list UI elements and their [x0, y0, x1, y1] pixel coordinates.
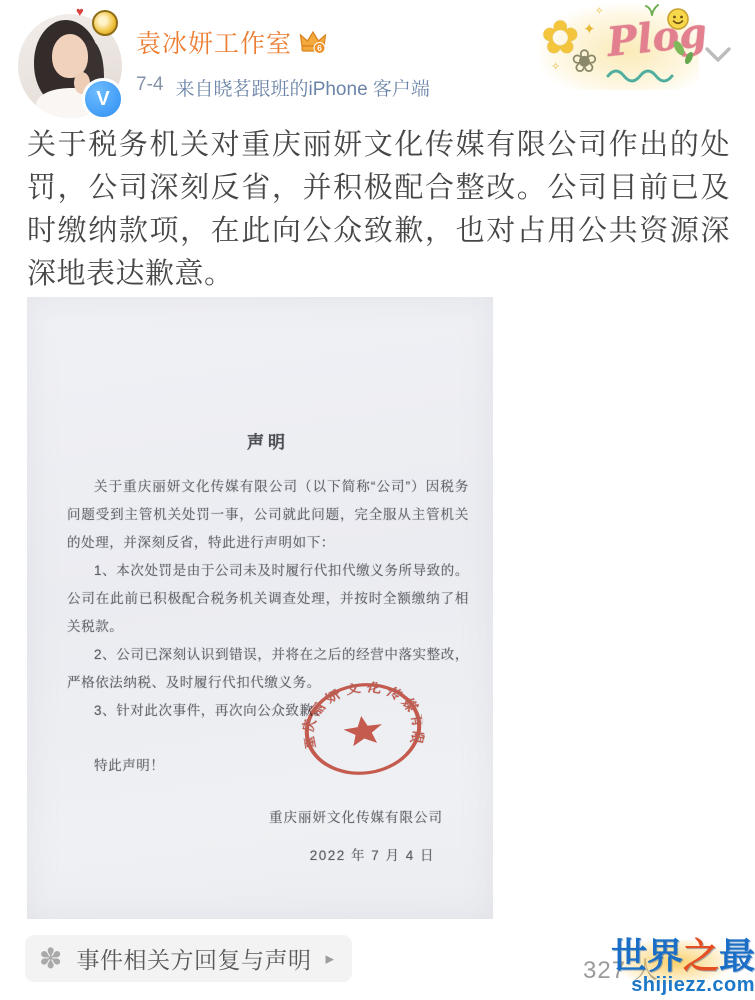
seal-star — [342, 713, 385, 747]
post-date: 7-4 — [136, 74, 163, 101]
topic-label: 事件相关方回复与声明 — [76, 942, 311, 975]
arrow-right-icon: ▸ — [325, 949, 334, 969]
statement-image[interactable]: 声明 关于重庆丽妍文化传媒有限公司（以下简称“公司”）因税务问题受到主管机关处罚… — [27, 297, 493, 919]
asterisk-icon: ✽ — [39, 945, 62, 973]
post-footer: ✽ 事件相关方回复与声明 ▸ 327 人 世界之最 shijiezz.com — [0, 920, 755, 1000]
watermark-char: 之 — [683, 935, 719, 976]
statement-title: 声明 — [67, 431, 469, 455]
heart-icon: ♥ — [76, 4, 84, 19]
statement-paragraph: 关于重庆丽妍文化传媒有限公司（以下简称“公司”）因税务问题受到主管机关处罚一事，… — [67, 473, 469, 557]
weibo-post: ♥ V 袁冰妍工作室 6 7-4 来自晓茗跟班的 — [0, 0, 755, 1000]
verified-badge: V — [82, 78, 124, 120]
watermark-char: 界 — [647, 935, 683, 976]
post-source-link[interactable]: 来自晓茗跟班的iPhone 客户端 — [175, 74, 429, 101]
sparkle-icon: ✧ — [551, 60, 560, 73]
watermark: 世界之最 shijiezz.com — [611, 938, 755, 995]
leaf-icon — [671, 38, 697, 68]
watermark-char: 世 — [611, 935, 647, 976]
statement-signature: 重庆丽妍文化传媒有限公司 — [67, 804, 469, 832]
related-topic-button[interactable]: ✽ 事件相关方回复与声明 ▸ — [25, 935, 352, 982]
watermark-char: 最 — [719, 935, 755, 976]
statement-date: 2022 年 7 月 4 日 — [67, 842, 469, 870]
sparkle-icon: ✧ — [595, 6, 603, 17]
post-text: 关于税务机关对重庆丽妍文化传媒有限公司作出的处罚，公司深刻反省，并积极配合整改。… — [27, 124, 730, 296]
sparkle-icon: ✦ — [583, 20, 596, 38]
sprout-icon — [643, 2, 661, 16]
chevron-down-icon[interactable] — [703, 44, 733, 66]
verified-letter: V — [96, 88, 109, 111]
watermark-title: 世界之最 — [611, 938, 755, 974]
gold-charm-icon — [92, 10, 118, 36]
white-flower-icon: ❀ — [571, 42, 598, 80]
vip-crown-icon: 6 — [299, 30, 327, 55]
vip-level: 6 — [317, 43, 322, 53]
smiley-icon — [665, 6, 691, 32]
statement-paragraph: 1、本次处罚是由于公司未及时履行代扣代缴义务所导致的。公司在此前已积极配合税务机… — [67, 557, 469, 641]
statement-document: 声明 关于重庆丽妍文化传媒有限公司（以下简称“公司”）因税务问题受到主管机关处罚… — [27, 297, 493, 919]
post-header: ♥ V 袁冰妍工作室 6 7-4 来自晓茗跟班的 — [0, 0, 755, 126]
avatar[interactable]: ♥ V — [18, 14, 122, 118]
username[interactable]: 袁冰妍工作室 — [136, 24, 292, 60]
watermark-domain: shijiezz.com — [611, 975, 755, 995]
plog-sticker: ✿ ❀ ✦ ✧ ✧ Plog — [539, 4, 699, 90]
user-info: 袁冰妍工作室 6 7-4 来自晓茗跟班的iPhone 客户端 — [136, 24, 430, 101]
squiggle-icon — [605, 66, 685, 84]
company-seal: 重庆丽妍文化传媒有限公司 — [297, 674, 429, 783]
